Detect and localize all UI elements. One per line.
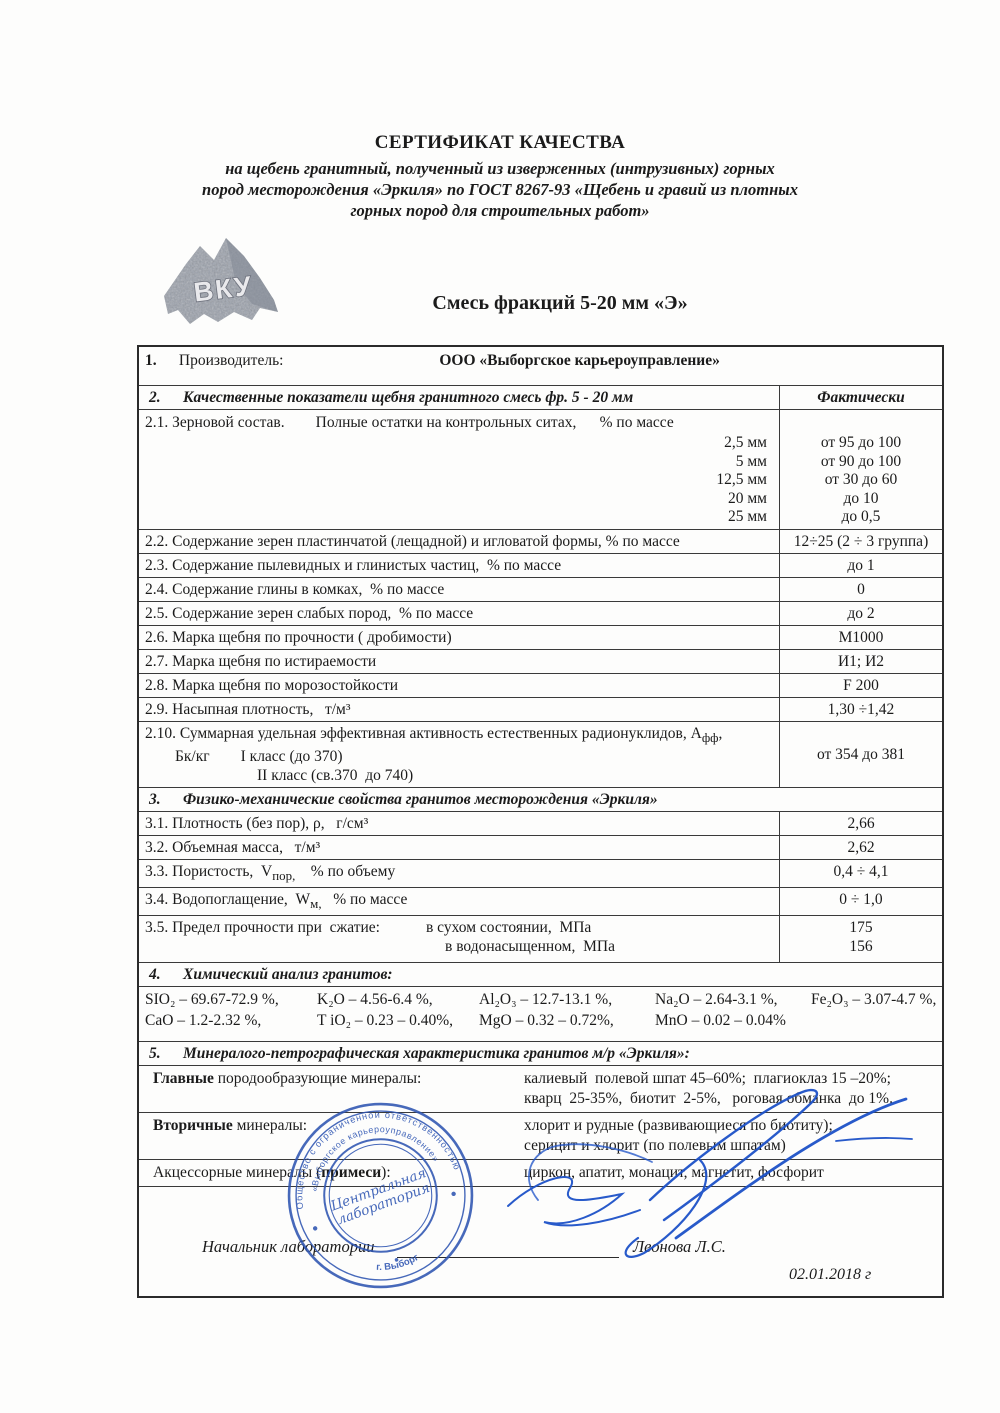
chemistry-grid: SIO₂ – 69.67-72.9 %, K₂O – 4.56-6.4 %, A… bbox=[139, 987, 942, 1032]
table-row-2-7: 2.7. Марка щебня по истираемости И1; И2 bbox=[139, 649, 942, 673]
table-row-manufacturer: 1. Производитель: ООО «Выборгское карьер… bbox=[139, 347, 942, 385]
sieve-size: 2,5 мм bbox=[145, 434, 775, 453]
row-value: М1000 bbox=[779, 626, 942, 649]
signatory-name: Леонова Л.С. bbox=[633, 1237, 726, 1256]
row-value: 0,4 ÷ 4,1 bbox=[779, 860, 942, 887]
manufacturer-value: ООО «Выборгское карьероуправление» bbox=[439, 352, 720, 369]
row-value: 2,62 bbox=[779, 836, 942, 859]
table-row-3-4: 3.4. Водопоглащение, Wм, % по массе 0 ÷ … bbox=[139, 887, 942, 915]
section3-title-cell: 3.Физико-механические свойства гранитов … bbox=[139, 788, 942, 811]
secondary-minerals-bold: Вторичные bbox=[153, 1117, 233, 1134]
secondary-minerals-value: хлорит и рудные (развивающиеся по биотит… bbox=[522, 1113, 942, 1159]
absorption-subscript: м, bbox=[310, 896, 321, 911]
absorption-post: % по массе bbox=[322, 891, 408, 908]
strength-cond1: в сухом состоянии, МПа bbox=[426, 919, 591, 936]
chem-fe2o3: Fe₂O₃ – 3.07-4.7 %, bbox=[811, 990, 940, 1009]
manufacturer-label: Производитель: bbox=[179, 352, 284, 369]
sieve-size: 25 мм bbox=[145, 508, 775, 527]
main-minerals-line1: калиевый полевой шпат 45–60%; плагиоклаз… bbox=[524, 1069, 940, 1089]
porosity-label: 3.3. Пористость, Vпор, % по объему bbox=[139, 860, 779, 887]
radionuclide-label-cell: 2.10. Суммарная удельная эффективная акт… bbox=[139, 722, 779, 787]
chem-tio2: T iO₂ – 0.23 – 0.40%, bbox=[317, 1011, 479, 1030]
section2-title: Качественные показатели щебня гранитного… bbox=[183, 389, 633, 406]
table-row-main-minerals: Главные породообразующие минералы: калие… bbox=[139, 1065, 942, 1112]
sieve-value: до 10 bbox=[782, 490, 940, 509]
row-label: 2.2. Содержание зерен пластинчатой (леща… bbox=[139, 530, 779, 553]
table-row-2-3: 2.3. Содержание пылевидных и глинистых ч… bbox=[139, 553, 942, 577]
row-label: 2.6. Марка щебня по прочности ( дробимос… bbox=[139, 626, 779, 649]
radionuclide-line3: II класс (св.370 до 740) bbox=[145, 766, 775, 785]
chem-cao: CaO – 1.2-2.32 %, bbox=[145, 1011, 317, 1030]
signatory-role: Начальник лаборатории bbox=[202, 1237, 374, 1256]
secondary-minerals-label: Вторичные минералы: bbox=[139, 1113, 522, 1159]
table-row-2-2: 2.2. Содержание зерен пластинчатой (леща… bbox=[139, 529, 942, 553]
chem-mgo: MgO – 0.32 – 0.72%, bbox=[479, 1011, 655, 1030]
row-label: 2.3. Содержание пылевидных и глинистых ч… bbox=[139, 554, 779, 577]
strength-value-dry: 175 bbox=[782, 918, 940, 937]
accessory-minerals-label: Акцессорные минералы (примеси): bbox=[139, 1160, 522, 1186]
chem-al2o3: Al₂O₃ – 12.7-13.1 %, bbox=[479, 990, 655, 1009]
grain-composition-cell: 2.1. Зерновой состав. Полные остатки на … bbox=[139, 410, 779, 529]
manufacturer-cell: 1. Производитель: ООО «Выборгское карьер… bbox=[139, 347, 942, 385]
strength-cond2: в водонасыщенном, МПа bbox=[445, 938, 615, 955]
table-row-section3-header: 3.Физико-механические свойства гранитов … bbox=[139, 787, 942, 811]
sieve-size: 20 мм bbox=[145, 490, 775, 509]
main-minerals-line2: кварц 25-35%, биотит 2-5%, роговая обман… bbox=[524, 1089, 940, 1109]
document-header: СЕРТИФИКАТ КАЧЕСТВА на щебень гранитный,… bbox=[0, 132, 1000, 221]
table-row-2-4: 2.4. Содержание глины в комках, % по мас… bbox=[139, 577, 942, 601]
fact-column-header: Фактически bbox=[779, 386, 942, 409]
section2-title-cell: 2.Качественные показатели щебня гранитно… bbox=[139, 386, 779, 409]
absorption-pre: 3.4. Водопоглащение, W bbox=[145, 891, 310, 908]
porosity-post: % по объему bbox=[295, 863, 395, 880]
table-row-2-10: 2.10. Суммарная удельная эффективная акт… bbox=[139, 721, 942, 787]
table-row-section2-header: 2.Качественные показатели щебня гранитно… bbox=[139, 385, 942, 409]
row-value: 0 bbox=[779, 578, 942, 601]
table-row-chemistry: SIO₂ – 69.67-72.9 %, K₂O – 4.56-6.4 %, A… bbox=[139, 986, 942, 1041]
table-row-secondary-minerals: Вторичные минералы: хлорит и рудные (раз… bbox=[139, 1112, 942, 1159]
row-value: 12÷25 (2 ÷ 3 группа) bbox=[779, 530, 942, 553]
row-label: 3.2. Объемная масса, т/м³ bbox=[139, 836, 779, 859]
row-value: 1,30 ÷1,42 bbox=[779, 698, 942, 721]
accessory-minerals-value: циркон, апатит, монацит, магнетит, фосфо… bbox=[522, 1160, 942, 1186]
radionuclide-line2: Бк/кг I класс (до 370) bbox=[145, 747, 775, 766]
section4-number: 4. bbox=[145, 965, 183, 984]
sieve-size: 12,5 мм bbox=[145, 471, 775, 490]
table-row-2-8: 2.8. Марка щебня по морозостойкости F 20… bbox=[139, 673, 942, 697]
section5-title-cell: 5.Минералого-петрографическая характерис… bbox=[139, 1042, 942, 1065]
chem-na2o: Na₂O – 2.64-3.1 %, bbox=[655, 990, 811, 1009]
porosity-pre: 3.3. Пористость, V bbox=[145, 863, 272, 880]
table-row-section5-header: 5.Минералого-петрографическая характерис… bbox=[139, 1041, 942, 1065]
table-row-signature: Начальник лаборатории Леонова Л.С. 02.01… bbox=[139, 1186, 942, 1296]
row-number: 1. bbox=[145, 351, 167, 370]
section4-title-cell: 4.Химический анализ гранитов: bbox=[139, 963, 942, 986]
strength-values-cell: 175 156 bbox=[779, 916, 942, 962]
radionuclide-value: от 354 до 381 bbox=[779, 722, 942, 787]
sieve-value: от 30 до 60 bbox=[782, 471, 940, 490]
chem-sio2: SIO₂ – 69.67-72.9 %, bbox=[145, 990, 317, 1009]
accessory-minerals-bold: примеси bbox=[321, 1164, 381, 1181]
secondary-minerals-line1: хлорит и рудные (развивающиеся по биотит… bbox=[524, 1116, 940, 1136]
document-subtitle-line3: горных пород для строительных работ» bbox=[0, 200, 1000, 221]
radionuclide-subscript: фф bbox=[702, 730, 719, 745]
chem-mno: MnO – 0.02 – 0.04% bbox=[655, 1011, 811, 1030]
mix-fraction-title: Смесь фракций 5-20 мм «Э» bbox=[120, 292, 1000, 315]
strength-value-wet: 156 bbox=[782, 937, 940, 956]
document-subtitle-line1: на щебень гранитный, полученный из извер… bbox=[0, 158, 1000, 179]
accessory-minerals-post: ): bbox=[381, 1164, 390, 1181]
table-row-section4-header: 4.Химический анализ гранитов: bbox=[139, 962, 942, 986]
table-row-3-1: 3.1. Плотность (без пор), ρ, г/см³ 2,66 bbox=[139, 811, 942, 835]
table-row-accessory-minerals: Акцессорные минералы (примеси): циркон, … bbox=[139, 1159, 942, 1186]
absorption-label: 3.4. Водопоглащение, Wм, % по массе bbox=[139, 888, 779, 915]
section3-number: 3. bbox=[145, 790, 183, 809]
table-row-grain-composition: 2.1. Зерновой состав. Полные остатки на … bbox=[139, 409, 942, 529]
row-value: 2,66 bbox=[779, 812, 942, 835]
row-label: 2.8. Марка щебня по морозостойкости bbox=[139, 674, 779, 697]
signature-line bbox=[397, 1257, 619, 1258]
radionuclide-line1-end: , bbox=[718, 725, 722, 742]
secondary-minerals-line2: серицит и хлорит (по полевым шпатам) bbox=[524, 1136, 940, 1156]
main-minerals-value: калиевый полевой шпат 45–60%; плагиоклаз… bbox=[522, 1066, 942, 1112]
row-value: И1; И2 bbox=[779, 650, 942, 673]
table-row-3-5: 3.5. Предел прочности при сжатие:в сухом… bbox=[139, 915, 942, 962]
radionuclide-line1: 2.10. Суммарная удельная эффективная акт… bbox=[145, 725, 702, 742]
section5-number: 5. bbox=[145, 1044, 183, 1063]
row-value: до 2 bbox=[779, 602, 942, 625]
table-row-3-3: 3.3. Пористость, Vпор, % по объему 0,4 ÷… bbox=[139, 859, 942, 887]
sieve-value: от 95 до 100 bbox=[782, 434, 940, 453]
sieve-values-cell: от 95 до 100 от 90 до 100 от 30 до 60 до… bbox=[779, 410, 942, 529]
signature-date: 02.01.2018 г bbox=[789, 1265, 871, 1284]
certificate-page: СЕРТИФИКАТ КАЧЕСТВА на щебень гранитный,… bbox=[0, 0, 1000, 1413]
row-value: 0 ÷ 1,0 bbox=[779, 888, 942, 915]
row-label: 3.1. Плотность (без пор), ρ, г/см³ bbox=[139, 812, 779, 835]
row-value: F 200 bbox=[779, 674, 942, 697]
table-row-2-5: 2.5. Содержание зерен слабых пород, % по… bbox=[139, 601, 942, 625]
company-logo-mountain-icon: ВКУ bbox=[156, 234, 292, 334]
sieve-value: от 90 до 100 bbox=[782, 453, 940, 472]
row-label: 2.9. Насыпная плотность, т/м³ bbox=[139, 698, 779, 721]
accessory-minerals-pre: Акцессорные минералы ( bbox=[153, 1164, 321, 1181]
chem-k2o: K₂O – 4.56-6.4 %, bbox=[317, 990, 479, 1009]
main-minerals-bold: Главные bbox=[153, 1070, 214, 1087]
secondary-minerals-rest: минералы: bbox=[233, 1117, 307, 1134]
sieve-value: до 0,5 bbox=[782, 508, 940, 527]
main-minerals-rest: породообразующие минералы: bbox=[214, 1070, 422, 1087]
section2-number: 2. bbox=[145, 388, 183, 407]
document-title: СЕРТИФИКАТ КАЧЕСТВА bbox=[0, 132, 1000, 154]
section5-title: Минералого-петрографическая характеристи… bbox=[183, 1045, 690, 1062]
row-value: до 1 bbox=[779, 554, 942, 577]
section4-title: Химический анализ гранитов: bbox=[183, 966, 393, 983]
row-label: 2.5. Содержание зерен слабых пород, % по… bbox=[139, 602, 779, 625]
table-row-2-6: 2.6. Марка щебня по прочности ( дробимос… bbox=[139, 625, 942, 649]
strength-label-cell: 3.5. Предел прочности при сжатие:в сухом… bbox=[139, 916, 779, 962]
table-row-3-2: 3.2. Объемная масса, т/м³ 2,62 bbox=[139, 835, 942, 859]
document-subtitle-line2: пород месторождения «Эркиля» по ГОСТ 826… bbox=[0, 179, 1000, 200]
main-minerals-label: Главные породообразующие минералы: bbox=[139, 1066, 522, 1112]
strength-label: 3.5. Предел прочности при сжатие: bbox=[145, 919, 380, 936]
sieve-size: 5 мм bbox=[145, 453, 775, 472]
certificate-table: 1. Производитель: ООО «Выборгское карьер… bbox=[137, 345, 944, 1298]
table-row-2-9: 2.9. Насыпная плотность, т/м³ 1,30 ÷1,42 bbox=[139, 697, 942, 721]
section3-title: Физико-механические свойства гранитов ме… bbox=[183, 791, 658, 808]
row-label: 2.4. Содержание глины в комках, % по мас… bbox=[139, 578, 779, 601]
grain-composition-label: 2.1. Зерновой состав. Полные остатки на … bbox=[145, 412, 775, 434]
row-label: 2.7. Марка щебня по истираемости bbox=[139, 650, 779, 673]
porosity-subscript: пор, bbox=[272, 868, 295, 883]
